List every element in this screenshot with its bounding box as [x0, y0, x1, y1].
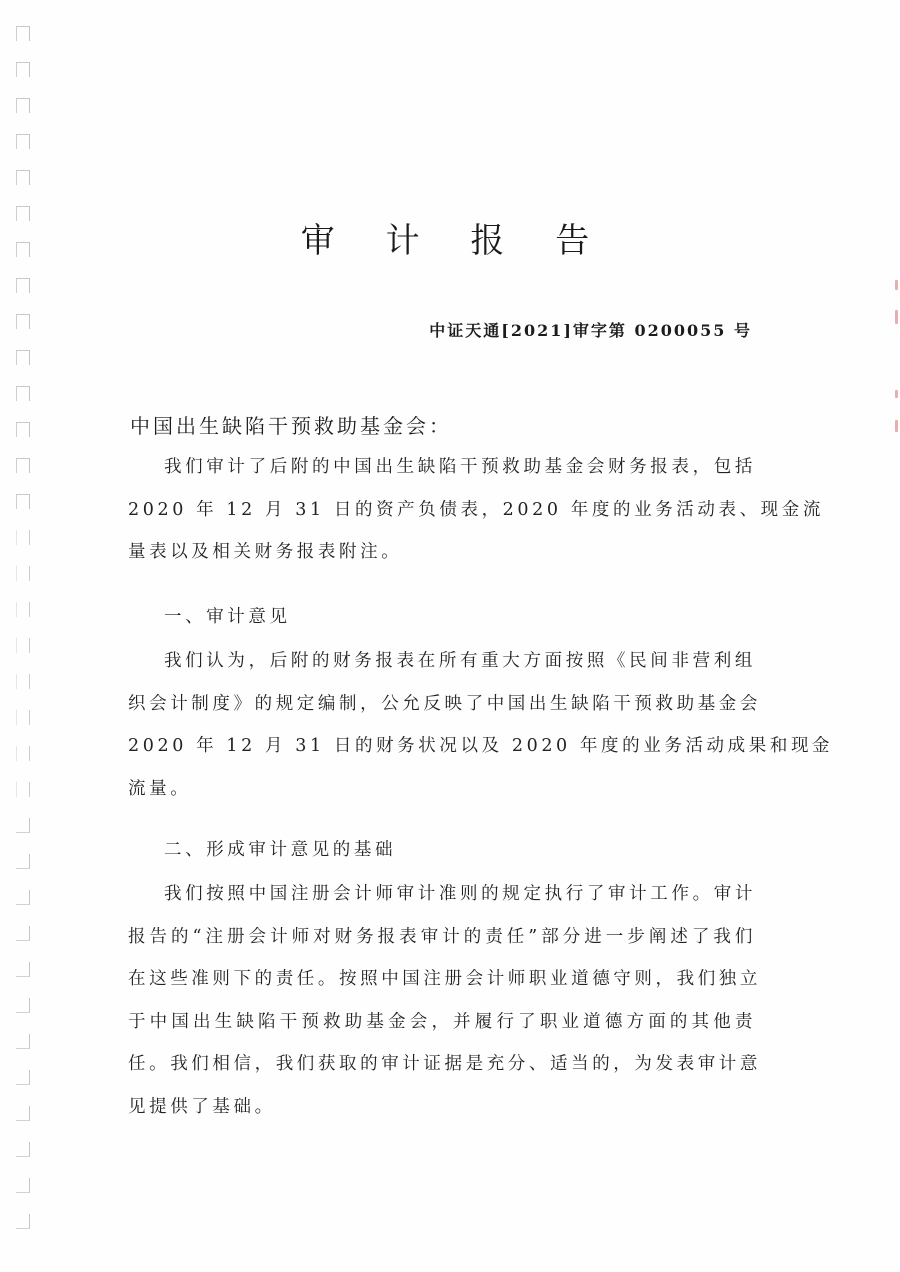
binding-hole-icon: [16, 62, 30, 77]
paragraph-line: 量表以及相关财务报表附注。: [128, 531, 756, 574]
intro-paragraph: 我们审计了后附的中国出生缺陷干预救助基金会财务报表，包括 2020 年 12 月…: [128, 446, 756, 574]
binding-hole-icon: [16, 926, 30, 941]
addressee: 中国出生缺陷干预救助基金会：: [130, 410, 452, 439]
paragraph-line: 我们按照中国注册会计师审计准则的规定执行了审计工作。审计: [128, 873, 756, 916]
paragraph-line: 2020 年 12 月 31 日的财务状况以及 2020 年度的业务活动成果和现…: [128, 725, 756, 768]
binding-hole-icon: [16, 998, 30, 1013]
binding-hole-icon: [16, 1070, 30, 1085]
paragraph-line: 流量。: [128, 768, 756, 811]
scanned-page: 审 计 报 告 中证天通[2021]审字第 0200055 号 中国出生缺陷干预…: [0, 0, 900, 1272]
basis-for-opinion-paragraph: 我们按照中国注册会计师审计准则的规定执行了审计工作。审计 报告的“注册会计师对财…: [128, 873, 756, 1128]
binding-hole-icon: [16, 494, 30, 509]
binding-hole-icon: [16, 1178, 30, 1193]
binding-hole-icon: [16, 278, 30, 293]
seal-stamp-edge-icon: [892, 270, 900, 450]
paragraph-line: 任。我们相信，我们获取的审计证据是充分、适当的，为发表审计意: [128, 1043, 756, 1086]
binding-hole-icon: [16, 170, 30, 185]
paragraph-line: 我们审计了后附的中国出生缺陷干预救助基金会财务报表，包括: [128, 446, 756, 489]
binding-hole-icon: [16, 422, 30, 437]
section-heading-basis-for-opinion: 二、形成审计意见的基础: [164, 836, 396, 861]
binding-hole-icon: [16, 638, 30, 653]
binding-hole-icon: [16, 782, 30, 797]
audit-opinion-paragraph: 我们认为，后附的财务报表在所有重大方面按照《民间非营利组 织会计制度》的规定编制…: [128, 640, 756, 810]
binding-hole-icon: [16, 890, 30, 905]
binding-hole-icon: [16, 98, 30, 113]
binding-hole-icon: [16, 818, 30, 833]
binding-hole-icon: [16, 1142, 30, 1157]
binding-hole-icon: [16, 26, 30, 41]
paragraph-line: 我们认为，后附的财务报表在所有重大方面按照《民间非营利组: [128, 640, 756, 683]
paragraph-line: 2020 年 12 月 31 日的资产负债表，2020 年度的业务活动表、现金流: [128, 489, 756, 532]
binding-hole-icon: [16, 1214, 30, 1229]
binding-hole-icon: [16, 674, 30, 689]
paragraph-line: 报告的“注册会计师对财务报表审计的责任”部分进一步阐述了我们: [128, 916, 756, 959]
binding-hole-icon: [16, 746, 30, 761]
binding-hole-icon: [16, 530, 30, 545]
binding-hole-icon: [16, 1034, 30, 1049]
binding-hole-icon: [16, 962, 30, 977]
binding-hole-icon: [16, 566, 30, 581]
document-title: 审 计 报 告: [0, 213, 900, 262]
binding-hole-icon: [16, 1106, 30, 1121]
paragraph-line: 于中国出生缺陷干预救助基金会，并履行了职业道德方面的其他责: [128, 1001, 756, 1044]
paragraph-line: 织会计制度》的规定编制，公允反映了中国出生缺陷干预救助基金会: [128, 683, 756, 726]
binding-hole-icon: [16, 854, 30, 869]
binding-hole-icon: [16, 386, 30, 401]
binding-hole-icon: [16, 134, 30, 149]
binding-hole-icon: [16, 602, 30, 617]
binding-hole-icon: [16, 314, 30, 329]
binding-hole-icon: [16, 350, 30, 365]
paragraph-line: 在这些准则下的责任。按照中国注册会计师职业道德守则，我们独立: [128, 958, 756, 1001]
section-heading-audit-opinion: 一、审计意见: [164, 603, 291, 628]
paragraph-line: 见提供了基础。: [128, 1086, 756, 1129]
binding-hole-icon: [16, 710, 30, 725]
binding-holes: [16, 26, 36, 1246]
binding-hole-icon: [16, 458, 30, 473]
reference-number: 中证天通[2021]审字第 0200055 号: [429, 318, 752, 341]
